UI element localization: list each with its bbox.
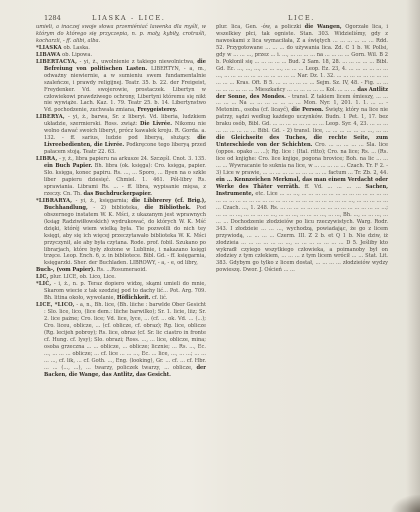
entry-libra: LIBRA, - y, ż., libra papieru na arkusze… [36,156,206,198]
entry-text: - yi, ż., księgarnia; [76,198,129,204]
binding-shadow [406,0,420,512]
entry-text: - yi, ż., uwolnienie z takiego niewolnic… [80,59,195,65]
entry-text: - 2) biblioteka, [93,205,139,211]
entry-text: Ogorzałe lica, i wszelkiey płci, tak ogn… [216,24,388,93]
entry-text: Rs. ...Rosumeraoid. [97,267,147,273]
page-number: 1284 [44,14,61,22]
german-gloss: Höflichkeit. [117,295,151,301]
german-gloss: die Wangen, [305,24,342,30]
entry-lice-continued: plur. lica, Gen. -ów, a policzki die Wan… [216,24,388,274]
right-column: plur. lica, Gen. -ów, a policzki die Wan… [216,24,388,274]
entry-lice: LICE, *LICO, - a, n., Bh. lice, (Bh. lii… [36,302,206,378]
german-gloss: die Bibliothek. [145,205,191,211]
german-gloss: das Buchdruckerpapier. [83,191,151,197]
headword: LIBERYA, [36,114,65,120]
entry-text: umieli, a inaczej swoje słowa przemiénia… [36,24,206,44]
entry-libawa: LIBAWA ob. Lipowa. [36,52,206,59]
entry-text: plur. LICE, ob. Lico, Lice. [50,274,116,280]
german-gloss: die Person. [291,107,323,113]
left-column: umieli, a inaczej swoje słowa przemiénia… [36,24,206,379]
headword: *LIASKA [36,45,62,51]
entry-librowy-cont: Buch-, (vom Papier). Rs. ...Rosumeraoid. [36,267,206,274]
entry-text: ob. Laska. [63,45,89,51]
entry-librarya: *LIBRARYA, - yi, ż., księgarnia; die Lib… [36,198,206,268]
entry-text: plur. lica, Gen. -ów, a policzki [216,24,301,30]
headword: *LIĆ, [36,281,51,287]
german-gloss: ein Buch Papier. [44,163,92,169]
entry-text: ff. Vd. ... ... ... ... [305,184,361,190]
running-head-right: LICE. [288,14,315,22]
entry-text: ob. Lipowa. [62,52,92,58]
entry-text: LIBERTYN, - a, m., odważny niewiernie, a… [44,66,206,114]
headword: LIC, [36,274,49,280]
entry-text: Pod obszernego instatem W. K. Mści, z uk… [44,205,206,267]
german-gloss: Die Livrée. [140,121,172,127]
entry-lic-star: *LIĆ, - i, ż., n. p. Teraz dopiero widzę… [36,281,206,302]
entry-text: etc. Lice ... ... ..., ... ... ... ... .… [216,191,388,273]
entry-text: cf. lić. [152,295,168,301]
entry-continuation: umieli, a inaczej swoje słowa przemiénia… [36,24,206,45]
entry-libertacya: LIBERTACYA, - yi, ż., uwolnienie z takie… [36,59,206,115]
entry-liberya: LIBERYA, - yi, ż., barwa, Sr. z liberyi.… [36,114,206,156]
german-gloss: ein ... Kennzeichen Merkmal, das man ein… [216,177,388,190]
headword: LIBRA, [36,156,57,162]
entry-text: - a, n., Bh. lice, (Bh. liiche : barwlde… [44,302,206,371]
entry-text: - y, ż., libra papieru na arkusze 24. Sz… [59,156,206,162]
entry-liaska: *LIASKA ob. Laska. [36,45,206,52]
headword: LICE, *LICO, [36,302,75,308]
headword: LIBERTACYA, [36,59,77,65]
headword: *LIBRARYA, [36,198,72,204]
headword: LIBAWA [36,52,61,58]
running-head-left: LIASKA - LICE. [92,14,165,22]
dictionary-page: 1284 LIASKA - LICE. LICE. umieli, a inac… [0,0,420,512]
page-corner-shadow [390,494,420,512]
german-gloss: Freygeisterey. [137,107,177,113]
german-gloss: Buch-, (vom Papier). [36,267,95,273]
